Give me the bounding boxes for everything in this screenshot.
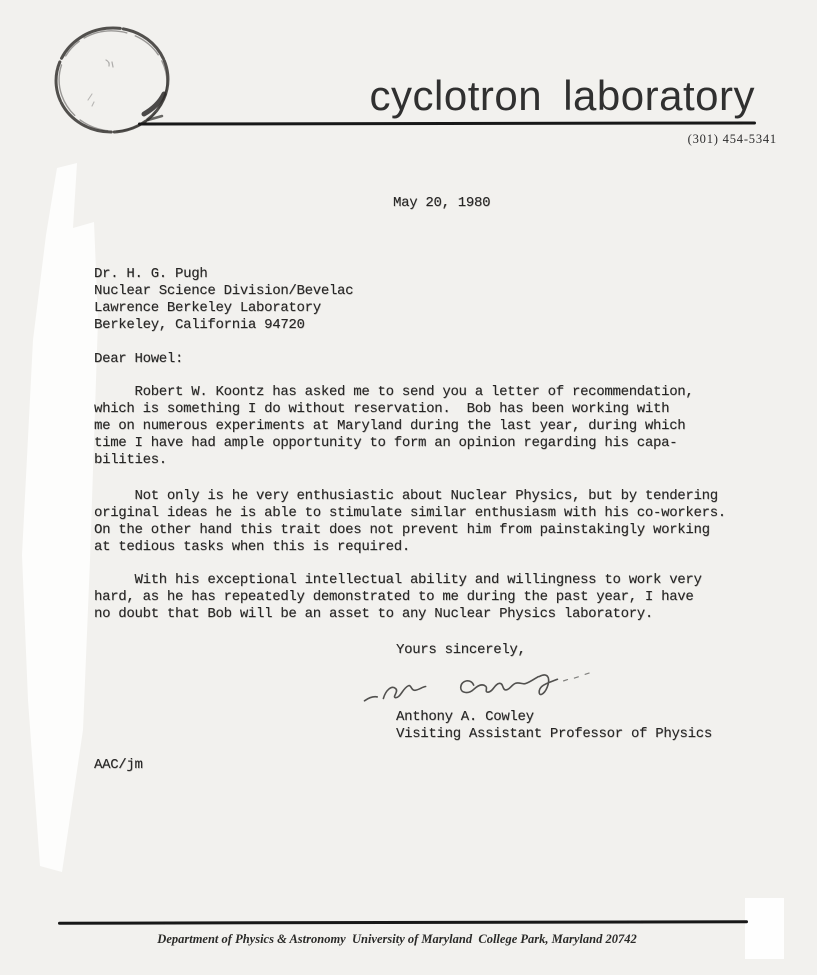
reference-initials: AAC/jm <box>94 757 143 774</box>
letterhead-organization-name: cyclotron laboratory <box>370 75 756 117</box>
recipient-institution: Lawrence Berkeley Laboratory <box>94 300 353 317</box>
letter-date: May 20, 1980 <box>393 195 490 212</box>
recipient-city-state-zip: Berkeley, California 94720 <box>94 317 353 334</box>
body-paragraph-3: With his exceptional intellectual abilit… <box>94 572 702 623</box>
letterhead-phone-number: (301) 454-5341 <box>688 132 777 147</box>
letterhead-rule <box>138 121 756 125</box>
scanned-letter-page: { "header": { "organization": "cyclotron… <box>0 0 817 975</box>
signature-block: Anthony A. Cowley Visiting Assistant Pro… <box>396 709 712 743</box>
recipient-name: Dr. H. G. Pugh <box>94 266 353 283</box>
recipient-address-block: Dr. H. G. Pugh Nuclear Science Division/… <box>94 266 353 334</box>
signer-title: Visiting Assistant Professor of Physics <box>396 726 712 743</box>
salutation: Dear Howel: <box>94 351 183 368</box>
body-paragraph-1: Robert W. Koontz has asked me to send yo… <box>94 384 694 469</box>
handwritten-signature <box>356 660 596 710</box>
signer-name: Anthony A. Cowley <box>396 709 712 726</box>
footer-rule <box>58 920 748 925</box>
closing-phrase: Yours sincerely, <box>396 642 526 659</box>
scan-whiteout-artifact-bottom-right <box>745 898 784 959</box>
body-paragraph-2: Not only is he very enthusiastic about N… <box>94 488 726 556</box>
recipient-division: Nuclear Science Division/Bevelac <box>94 283 353 300</box>
footer-department-address: Department of Physics & Astronomy Univer… <box>0 932 794 947</box>
